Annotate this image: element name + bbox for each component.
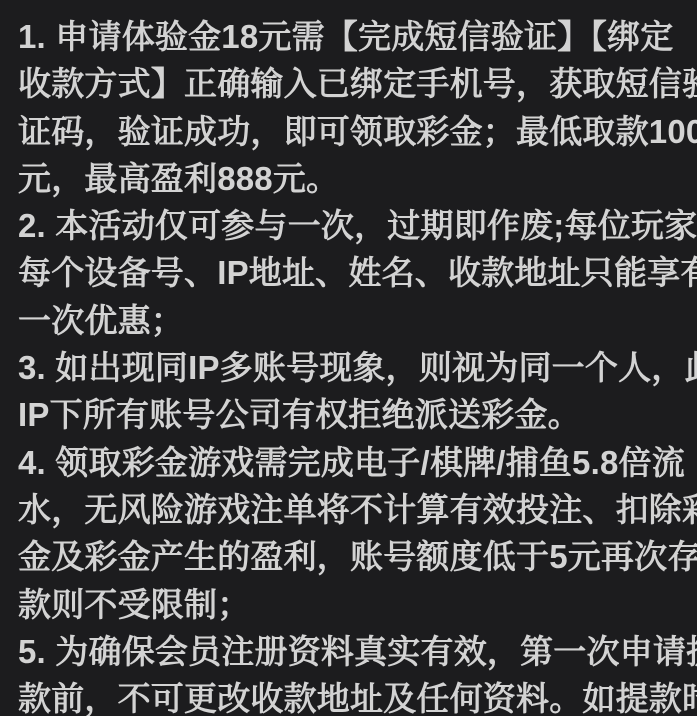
rule-item-2: 2. 本活动仅可参与一次，过期即作废;每位玩家每个设备号、IP地址、姓名、收款地… xyxy=(18,202,687,344)
rule-line: 5. 为确保会员注册资料真实有效，第一次申请提 xyxy=(18,628,687,675)
rule-line: 收款方式】正确输入已绑定手机号，获取短信验 xyxy=(18,60,687,107)
rule-line: 水，无风险游戏注单将不计算有效投注、扣除彩 xyxy=(18,486,687,533)
rule-line: 元，最高盈利888元。 xyxy=(18,155,687,202)
rule-line: 2. 本活动仅可参与一次，过期即作废;每位玩家 xyxy=(18,202,687,249)
rule-line: 款前，不可更改收款地址及任何资料。如提款时 xyxy=(18,675,687,716)
rule-line: 3. 如出现同IP多账号现象，则视为同一个人，此 xyxy=(18,344,687,391)
rule-line: 4. 领取彩金游戏需完成电子/棋牌/捕鱼5.8倍流 xyxy=(18,439,687,486)
rule-line: 每个设备号、IP地址、姓名、收款地址只能享有 xyxy=(18,249,687,296)
rule-line: 证码，验证成功，即可领取彩金；最低取款100 xyxy=(18,108,687,155)
rule-line: 1. 申请体验金18元需【完成短信验证】【绑定 xyxy=(18,13,687,60)
rule-item-4: 4. 领取彩金游戏需完成电子/棋牌/捕鱼5.8倍流水，无风险游戏注单将不计算有效… xyxy=(18,439,687,628)
promo-rules-panel: 1. 申请体验金18元需【完成短信验证】【绑定收款方式】正确输入已绑定手机号，获… xyxy=(0,0,697,716)
rule-line: 一次优惠； xyxy=(18,297,687,344)
rule-item-5: 5. 为确保会员注册资料真实有效，第一次申请提款前，不可更改收款地址及任何资料。… xyxy=(18,628,687,716)
rule-line: 款则不受限制； xyxy=(18,581,687,628)
rule-line: 金及彩金产生的盈利，账号额度低于5元再次存 xyxy=(18,533,687,580)
rule-item-3: 3. 如出现同IP多账号现象，则视为同一个人，此IP下所有账号公司有权拒绝派送彩… xyxy=(18,344,687,439)
rules-list: 1. 申请体验金18元需【完成短信验证】【绑定收款方式】正确输入已绑定手机号，获… xyxy=(18,13,687,716)
rule-line: IP下所有账号公司有权拒绝派送彩金。 xyxy=(18,391,687,438)
rule-item-1: 1. 申请体验金18元需【完成短信验证】【绑定收款方式】正确输入已绑定手机号，获… xyxy=(18,13,687,202)
